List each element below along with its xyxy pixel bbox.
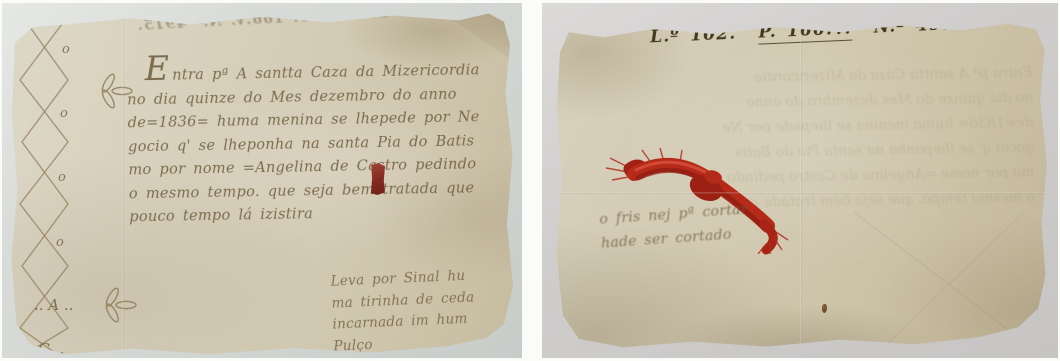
register-header: L.º 102. P. 166.V. N.º 4915. <box>650 13 988 48</box>
entry-number: N.º 4915. <box>873 13 976 37</box>
margin-initial-c: .. C .. <box>24 340 64 358</box>
bleedthrough-header: L.º 102. P. 166.V. N.º 4915. <box>118 5 388 35</box>
margin-circle-mark: o <box>60 106 68 121</box>
front-photo: L.º 102. P. 166.V. N.º 4915. o o o o .. … <box>2 3 522 358</box>
folio-number: P. 166.V. <box>758 19 852 45</box>
back-photo: L.º 102. P. 166.V. N.º 4915. Entra pª A … <box>542 3 1058 358</box>
margin-circle-mark: o <box>56 235 64 250</box>
wax-seal-remnant-icon <box>370 163 385 195</box>
entry-body-text: Entra pª A santta Caza da Mizericordia n… <box>127 53 522 230</box>
margin-circle-mark: o <box>62 42 70 57</box>
corner-crease-lines <box>844 202 1034 352</box>
front-page: L.º 102. P. 166.V. N.º 4915. o o o o .. … <box>10 10 514 355</box>
back-page: L.º 102. P. 166.V. N.º 4915. Entra pª A … <box>554 12 1048 349</box>
book-number: L.º 102. <box>650 24 737 48</box>
margin-circle-mark: o <box>58 170 66 185</box>
margin-initial-a: .. A .. <box>34 296 73 314</box>
document-two-page-scan: L.º 102. P. 166.V. N.º 4915. o o o o .. … <box>0 0 1060 361</box>
petal-flower-doodle-icon <box>94 282 140 328</box>
signal-note: Leva por Sinal hu ma tirinha de ceda inc… <box>330 264 504 357</box>
ink-speck <box>822 304 827 313</box>
